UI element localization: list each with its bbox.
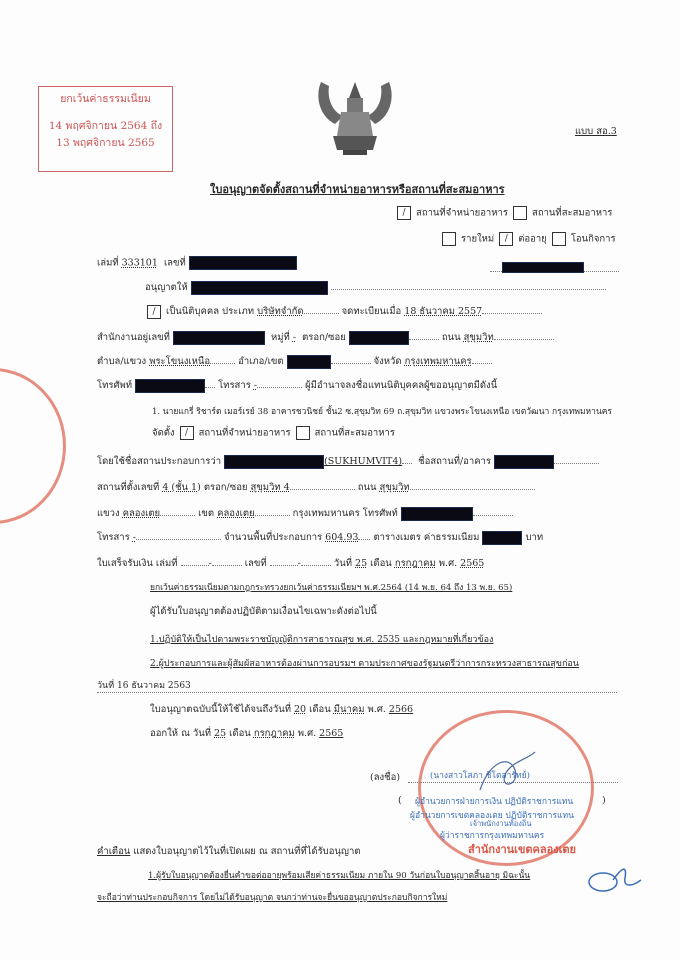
initials-signature-icon <box>585 862 645 901</box>
establish-checkbox-food-shop[interactable]: / <box>180 426 194 440</box>
redacted-fee <box>482 531 522 545</box>
registered-label: จดทะเบียนเมื่อ <box>342 306 402 317</box>
district-seal-text: สำนักงานเขตคลองเตย <box>468 840 576 858</box>
type-checkbox-food-storage[interactable] <box>513 206 527 220</box>
moo-value: - <box>293 332 296 343</box>
site-soi-value: สุขุมวิท 4 <box>251 482 290 493</box>
type-label-food-shop: สถานที่จำหน่ายอาหาร <box>416 208 508 219</box>
province-value: กรุงเทพมหานคร <box>405 356 472 367</box>
garuda-emblem-icon <box>313 76 397 156</box>
valid-month: มีนาคม <box>334 704 365 715</box>
signer-line-4: ผู้ว่าราชการกรุงเทพมหานคร <box>440 828 544 842</box>
site-city: กรุงเทพมหานคร <box>293 508 360 519</box>
phone-label: โทรศัพท์ <box>97 380 132 391</box>
site-khwaeng-label: แขวง <box>97 508 120 519</box>
request-checkbox-transfer[interactable] <box>552 232 566 246</box>
establish-label-food-storage: สถานที่สะสมอาหาร <box>315 428 395 439</box>
road-value: สุขุมวิท <box>464 332 494 343</box>
redacted-office-no <box>173 331 265 345</box>
condition-2a: 2.ผู้ประกอบการและผู้สัมผัสอาหารต้องผ่านก… <box>150 656 579 670</box>
fee-exemption-stamp: ยกเว้นค่าธรรมเนียม 14 พฤศจิกายน 2564 ถึง… <box>38 86 173 172</box>
registered-date: 18 ธันวาคม 2557 <box>404 306 482 317</box>
site-khwaeng-value: คลองเตย <box>123 508 161 519</box>
subdistrict-row: ตำบล/แขวง พระโขนงเหนือ อำเภอ/เขต จังหวัด… <box>97 354 492 369</box>
number-label: เลขที่ <box>164 258 186 269</box>
site-no-label: สถานที่ตั้งเลขที่ <box>97 482 159 493</box>
moo-label: หมู่ที่ <box>271 332 290 343</box>
receipt-year-label: พ.ศ. <box>439 558 457 569</box>
receipt-day-label: วันที่ <box>334 558 352 569</box>
conditions-heading: ผู้ได้รับใบอนุญาตต้องปฏิบัติตามเงื่อนไขเ… <box>150 606 377 618</box>
warning-2: จะถือว่าท่านประกอบกิจการ โดยไม่ได้รับอนุ… <box>97 890 447 904</box>
redacted-site-phone <box>401 507 473 521</box>
valid-until-row: ใบอนุญาตฉบับนี้ให้ใช้ได้จนถึงวันที่ 20 เ… <box>150 704 413 716</box>
valid-month-label: เดือน <box>309 704 331 715</box>
stamp-line-1: ยกเว้นค่าธรรมเนียม <box>39 91 172 108</box>
receipt-year: 2565 <box>460 558 484 569</box>
licensee-row: อนุญาตให้ <box>145 280 606 295</box>
area-unit: ตารางเมตร <box>373 532 420 543</box>
issued-year: 2565 <box>319 728 343 739</box>
site-soi-label: ตรอก/ซอย <box>204 482 248 493</box>
warning-text: แสดงใบอนุญาตไว้ในที่เปิดเผย ณ สถานที่ที่… <box>133 846 360 857</box>
area-row: โทรสาร - จำนวนพื้นที่ประกอบการ 604.93 ตา… <box>97 530 543 545</box>
request-checkbox-new[interactable] <box>442 232 456 246</box>
request-label-transfer: โอนกิจการ <box>571 234 616 245</box>
establish-checkbox-food-storage[interactable] <box>296 426 310 440</box>
valid-year: 2566 <box>389 704 413 715</box>
warning-row: คำเตือน แสดงใบอนุญาตไว้ในที่เปิดเผย ณ สถ… <box>97 846 361 858</box>
office-row: สำนักงานอยู่เลขที่ หมู่ที่ - ตรอก/ซอย ถน… <box>97 330 554 345</box>
fee-unit: บาท <box>525 532 543 543</box>
office-no-label: สำนักงานอยู่เลขที่ <box>97 332 170 343</box>
site-road-value: สุขุมวิท <box>380 482 410 493</box>
issued-label: ออกให้ ณ วันที่ <box>150 728 211 739</box>
document-title: ใบอนุญาตจัดตั้งสถานที่จำหน่ายอาหารหรือสถ… <box>210 180 505 198</box>
redacted-soi <box>349 331 409 345</box>
condition-2b: วันที่ 16 ธันวาคม 2563 <box>97 678 617 693</box>
left-partial-seal-icon <box>0 368 66 524</box>
signer-paren-close: ) <box>602 795 606 807</box>
receipt-no-label: เลขที่ <box>245 558 267 569</box>
site-no-value: 4 (ชั้น 1) <box>162 482 200 493</box>
juristic-row: / เป็นนิติบุคคล ประเภท บริษัทจำกัด จดทะเ… <box>145 304 542 319</box>
subdistrict-label: ตำบล/แขวง <box>97 356 146 367</box>
redacted-top-right <box>490 257 619 276</box>
building-name-label: ชื่อสถานที่/อาคาร <box>418 456 491 467</box>
book-no-label: เล่มที่ <box>97 258 119 269</box>
type-checkbox-food-shop[interactable]: / <box>397 206 411 220</box>
stamp-line-2: 14 พฤศจิกายน 2564 ถึง <box>39 118 172 135</box>
request-label-renew: ต่ออายุ <box>518 234 546 245</box>
request-label-new: รายใหม่ <box>461 234 494 245</box>
issued-row: ออกให้ ณ วันที่ 25 เดือน กรกฎาคม พ.ศ. 25… <box>150 728 343 740</box>
redacted-building-name <box>494 455 554 469</box>
business-name-suffix: (SUKHUMVIT4) <box>324 456 402 467</box>
licensee-label: อนุญาตให้ <box>145 282 188 293</box>
establish-label: จัดตั้ง <box>152 428 175 439</box>
redacted-district <box>287 355 331 369</box>
establish-label-food-shop: สถานที่จำหน่ายอาหาร <box>199 428 291 439</box>
request-options: รายใหม่ / ต่ออายุ โอนกิจการ <box>440 232 616 246</box>
type-options: / สถานที่จำหน่ายอาหาร สถานที่สะสมอาหาร <box>395 206 612 220</box>
receipt-day: 25 <box>355 558 367 569</box>
stamp-line-3: 13 พฤศจิกายน 2565 <box>39 135 172 152</box>
valid-year-label: พ.ศ. <box>368 704 386 715</box>
juristic-type: บริษัทจำกัด <box>257 306 303 317</box>
valid-day: 20 <box>294 704 306 715</box>
fee-label: ค่าธรรมเนียม <box>424 532 480 543</box>
valid-until-label: ใบอนุญาตฉบับนี้ให้ใช้ได้จนถึงวันที่ <box>150 704 291 715</box>
receipt-month: กรกฎาคม <box>395 558 436 569</box>
fax-label: โทรสาร <box>218 380 251 391</box>
authorized-label: ผู้มีอำนาจลงชื่อแทนนิติบุคคลผู้ขออนุญาตม… <box>305 380 497 391</box>
request-checkbox-renew[interactable]: / <box>499 232 513 246</box>
exemption-note: ยกเว้นค่าธรรมเนียมตามกฎกระทรวงยกเว้นค่าธ… <box>150 580 512 594</box>
site-khet-value: คลองเตย <box>217 508 255 519</box>
warning-1: 1.ผู้รับใบอนุญาตต้องยื่นคำขอต่ออายุพร้อม… <box>148 868 530 882</box>
soi-label: ตรอก/ซอย <box>302 332 346 343</box>
redacted-licensee <box>191 281 328 295</box>
business-name-row: โดยใช้ชื่อสถานประกอบการว่า (SUKHUMVIT4) … <box>97 454 599 469</box>
issued-year-label: พ.ศ. <box>298 728 316 739</box>
province-label: จังหวัด <box>374 356 402 367</box>
receipt-row: ใบเสร็จรับเงิน เล่มที่ - เลขที่ - วันที่… <box>97 556 484 570</box>
signer-paren-open: ( <box>398 795 402 807</box>
establish-row: จัดตั้ง / สถานที่จำหน่ายอาหาร สถานที่สะส… <box>152 426 395 440</box>
area-label: จำนวนพื้นที่ประกอบการ <box>224 532 322 543</box>
receipt-book-label: ใบเสร็จรับเงิน เล่มที่ <box>97 558 178 569</box>
business-name-label: โดยใช้ชื่อสถานประกอบการว่า <box>97 456 221 467</box>
receipt-month-label: เดือน <box>370 558 392 569</box>
juristic-checkbox[interactable]: / <box>147 305 161 319</box>
redacted-number <box>189 256 297 270</box>
site-khet-label: เขต <box>198 508 214 519</box>
district-label: อำเภอ/เขต <box>238 356 283 367</box>
issued-day: 25 <box>214 728 226 739</box>
condition-1: 1.ปฏิบัติให้เป็นไปตามพระราชบัญญัติการสาธ… <box>150 632 493 646</box>
authorized-person: 1. นายแกรี่ ริชาร์ด เมอร์เรย์ 38 อาคารชว… <box>152 404 612 418</box>
site-fax-label: โทรสาร <box>97 532 130 543</box>
sign-label: (ลงชื่อ) <box>370 772 400 784</box>
area-value: 604.93 <box>325 532 358 543</box>
site-area-row: แขวง คลองเตย เขต คลองเตย กรุงเทพมหานคร โ… <box>97 506 513 521</box>
book-number-row: เล่มที่ 333101 เลขที่ <box>97 256 297 270</box>
redacted-phone <box>135 379 205 393</box>
book-no-value: 333101 <box>122 258 158 269</box>
form-code: แบบ สอ.3 <box>575 126 617 138</box>
warning-label: คำเตือน <box>97 846 130 857</box>
site-row: สถานที่ตั้งเลขที่ 4 (ชั้น 1) ตรอก/ซอย สุ… <box>97 480 535 494</box>
issued-month-label: เดือน <box>229 728 251 739</box>
redacted-business-name <box>224 455 324 469</box>
juristic-label: เป็นนิติบุคคล ประเภท <box>166 306 254 317</box>
signature-scribble-icon <box>470 750 540 804</box>
type-label-food-storage: สถานที่สะสมอาหาร <box>532 208 612 219</box>
site-phone-label: โทรศัพท์ <box>363 508 398 519</box>
phone-row: โทรศัพท์ โทรสาร - ผู้มีอำนาจลงชื่อแทนนิต… <box>97 378 497 393</box>
issued-month: กรกฎาคม <box>254 728 295 739</box>
site-road-label: ถนน <box>358 482 377 493</box>
subdistrict-value: พระโขนงเหนือ <box>149 356 210 367</box>
road-label: ถนน <box>442 332 461 343</box>
